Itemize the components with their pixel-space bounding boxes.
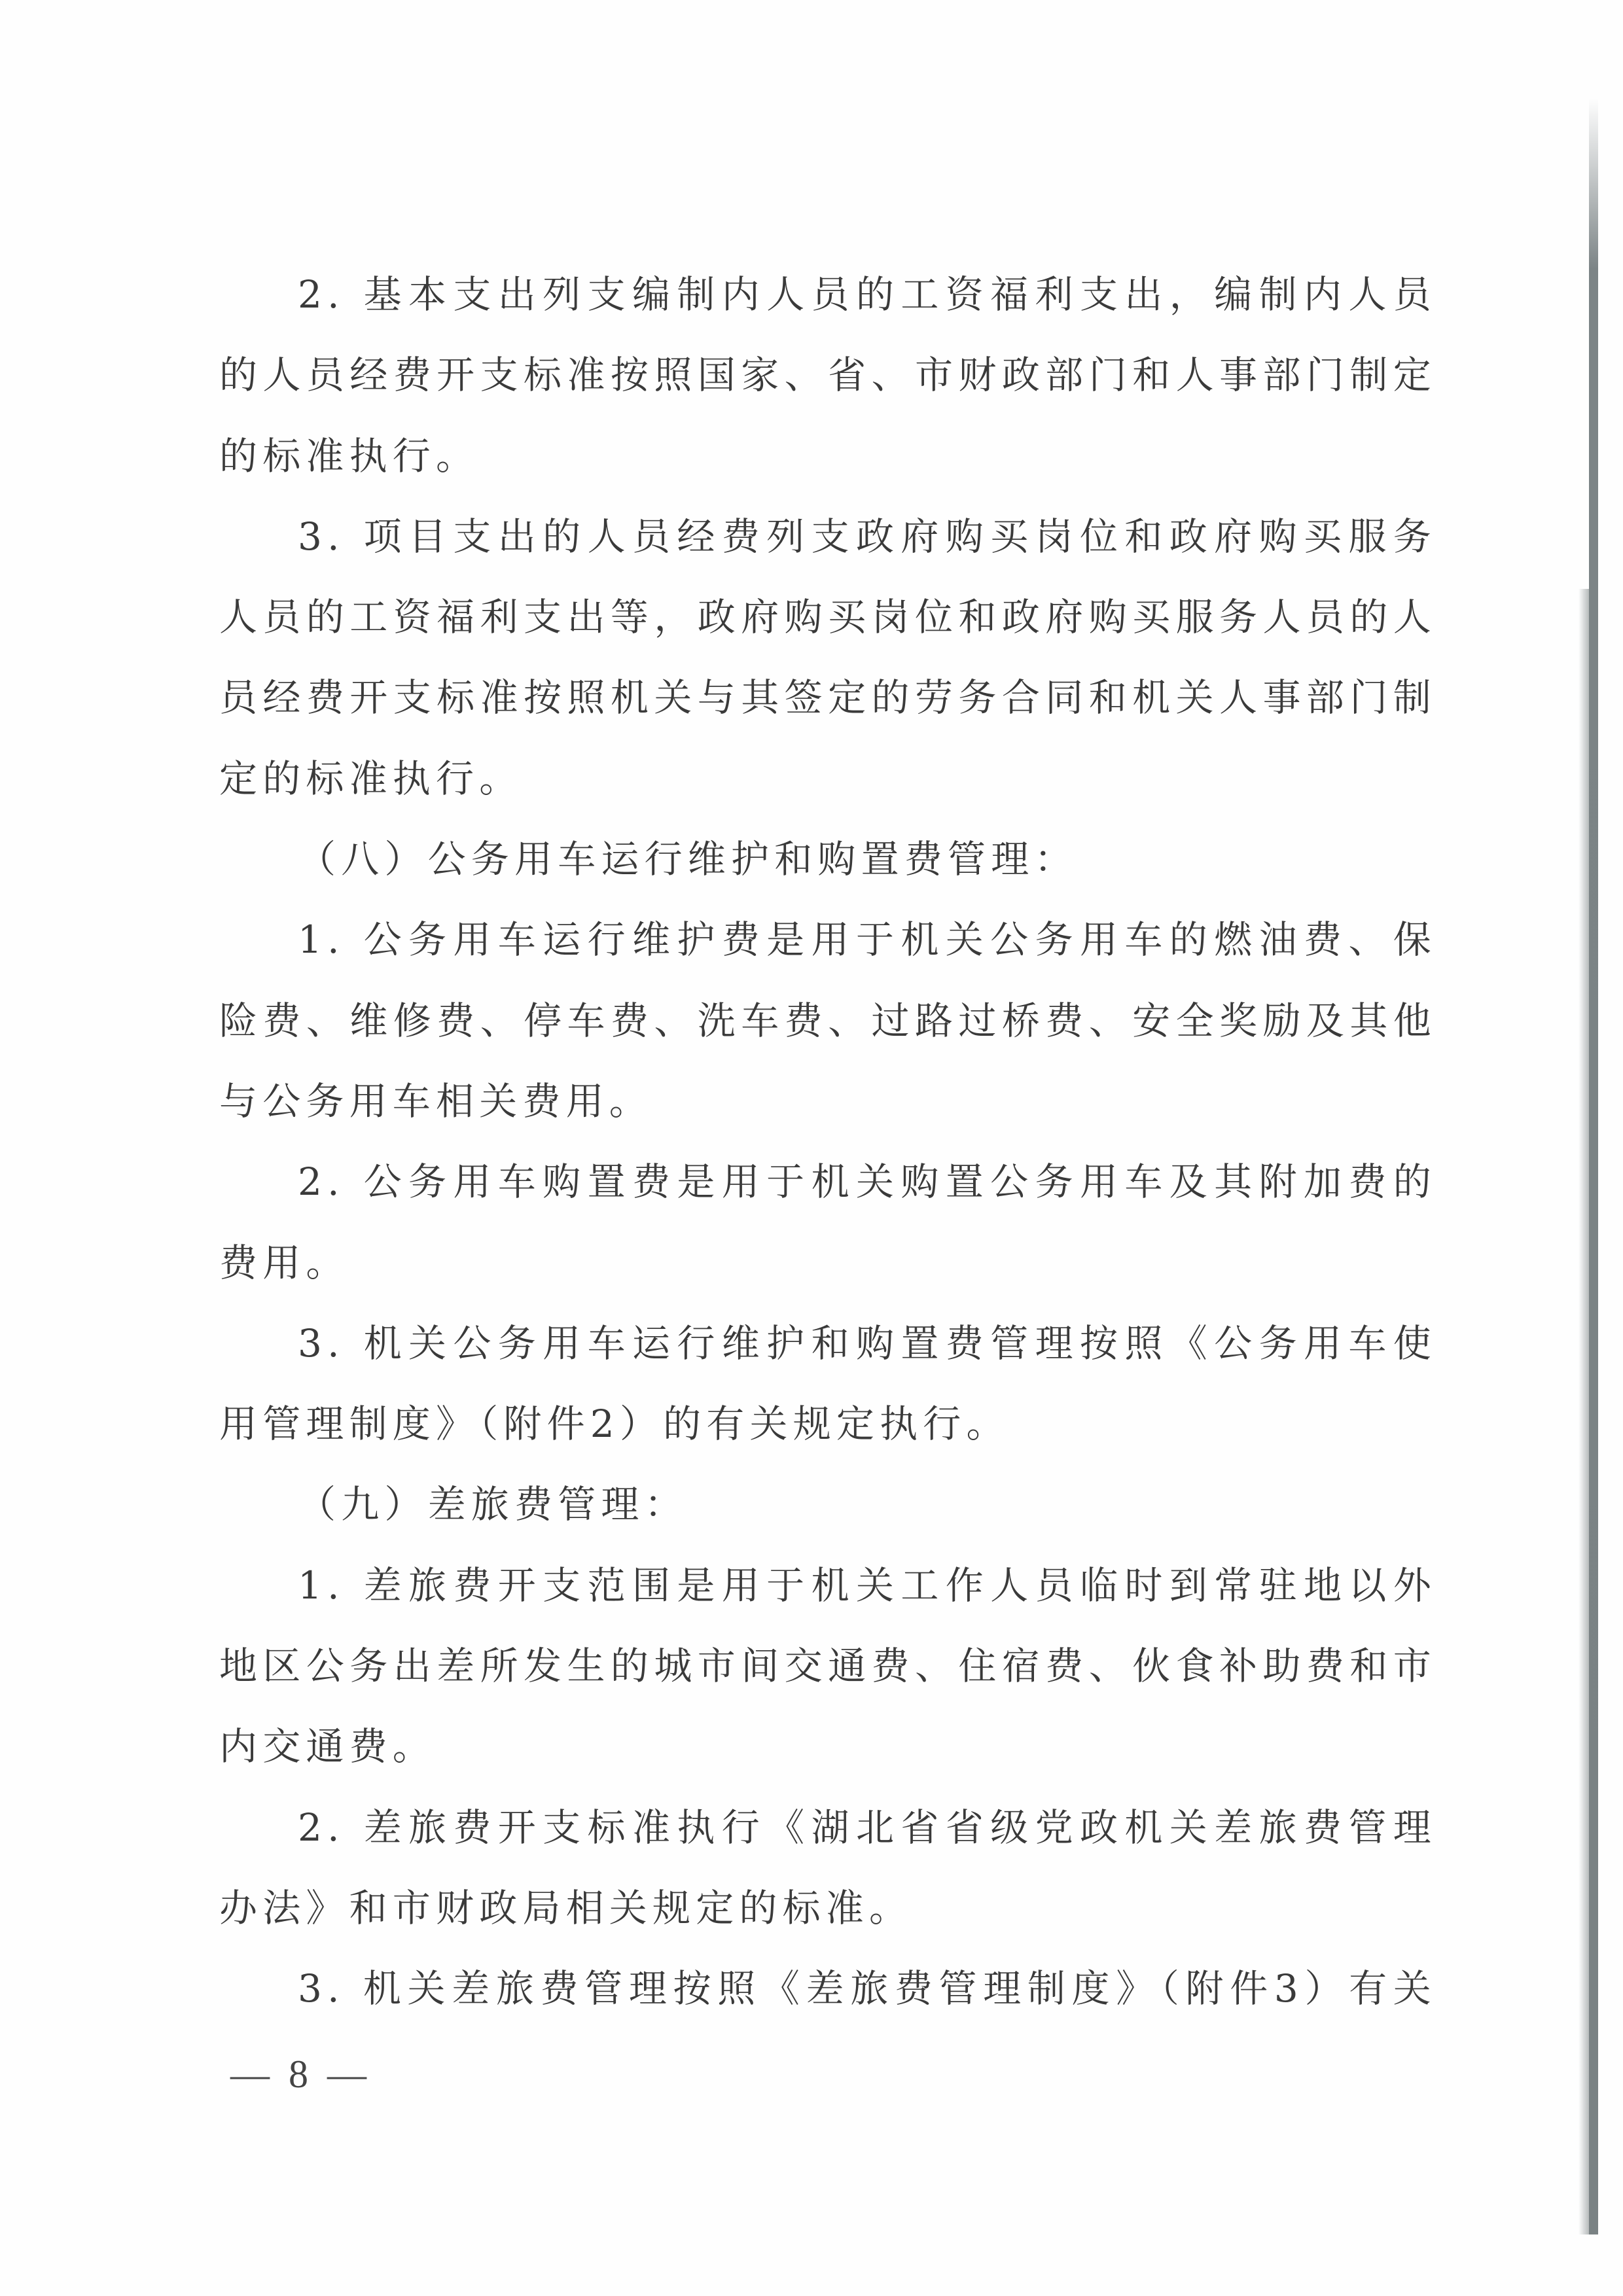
section-heading: （八）公务用车运行维护和购置费管理： [219,819,1436,900]
text-line: 1. 公务用车运行维护费是用于机关公务用车的燃油费、保 [219,900,1436,980]
document-body: 2. 基本支出列支编制内人员的工资福利支出，编制内人员 的人员经费开支标准按照国… [219,255,1436,2030]
text-line: 内交通费。 [219,1706,1436,1787]
page-number: — 8 — [230,2048,366,2100]
paragraph-project-expenditure: 3. 项目支出的人员经费列支政府购买岗位和政府购买服务 人员的工资福利支出等，政… [219,497,1436,819]
text-line: 2. 公务用车购置费是用于机关购置公务用车及其附加费的 [219,1142,1436,1222]
text-line: 办法》和市财政局相关规定的标准。 [219,1868,1436,1949]
paragraph-vehicle-management: 3. 机关公务用车运行维护和购置费管理按照《公务用车使 用管理制度》（附件2）的… [219,1303,1436,1465]
section-heading: （九）差旅费管理： [219,1464,1436,1545]
text-line: 的人员经费开支标准按照国家、省、市财政部门和人事部门制定 [219,335,1436,415]
section-heading-travel: （九）差旅费管理： [219,1464,1436,1545]
text-line: 3. 项目支出的人员经费列支政府购买岗位和政府购买服务 [219,497,1436,577]
text-line: 与公务用车相关费用。 [219,1061,1436,1142]
text-line: 用管理制度》（附件2）的有关规定执行。 [219,1384,1436,1464]
text-line: 3. 机关差旅费管理按照《差旅费管理制度》（附件3）有关 [219,1949,1436,2029]
paragraph-basic-expenditure: 2. 基本支出列支编制内人员的工资福利支出，编制内人员 的人员经费开支标准按照国… [219,255,1436,497]
paragraph-vehicle-purchase: 2. 公务用车购置费是用于机关购置公务用车及其附加费的 费用。 [219,1142,1436,1303]
text-line: 费用。 [219,1223,1436,1303]
document-page: 2. 基本支出列支编制内人员的工资福利支出，编制内人员 的人员经费开支标准按照国… [0,0,1623,2296]
paragraph-travel-scope: 1. 差旅费开支范围是用于机关工作人员临时到常驻地以外 地区公务出差所发生的城市… [219,1545,1436,1788]
scan-edge-shadow [1578,589,1589,2234]
text-line: 1. 差旅费开支范围是用于机关工作人员临时到常驻地以外 [219,1545,1436,1626]
text-line: 3. 机关公务用车运行维护和购置费管理按照《公务用车使 [219,1303,1436,1384]
paragraph-travel-standard: 2. 差旅费开支标准执行《湖北省省级党政机关差旅费管理 办法》和市财政局相关规定… [219,1788,1436,1949]
section-heading-vehicle: （八）公务用车运行维护和购置费管理： [219,819,1436,900]
text-line: 员经费开支标准按照机关与其签定的劳务合同和机关人事部门制 [219,658,1436,738]
paragraph-vehicle-operation: 1. 公务用车运行维护费是用于机关公务用车的燃油费、保 险费、维修费、停车费、洗… [219,900,1436,1142]
text-line: 险费、维修费、停车费、洗车费、过路过桥费、安全奖励及其他 [219,981,1436,1061]
text-line: 定的标准执行。 [219,739,1436,819]
text-line: 地区公务出差所发生的城市间交通费、住宿费、伙食补助费和市 [219,1626,1436,1706]
paragraph-travel-rules: 3. 机关差旅费管理按照《差旅费管理制度》（附件3）有关 [219,1949,1436,2029]
text-line: 2. 差旅费开支标准执行《湖北省省级党政机关差旅费管理 [219,1788,1436,1868]
scan-edge-border [1589,98,1598,2234]
text-line: 的标准执行。 [219,416,1436,497]
text-line: 人员的工资福利支出等，政府购买岗位和政府购买服务人员的人 [219,577,1436,658]
text-line: 2. 基本支出列支编制内人员的工资福利支出，编制内人员 [219,255,1436,335]
